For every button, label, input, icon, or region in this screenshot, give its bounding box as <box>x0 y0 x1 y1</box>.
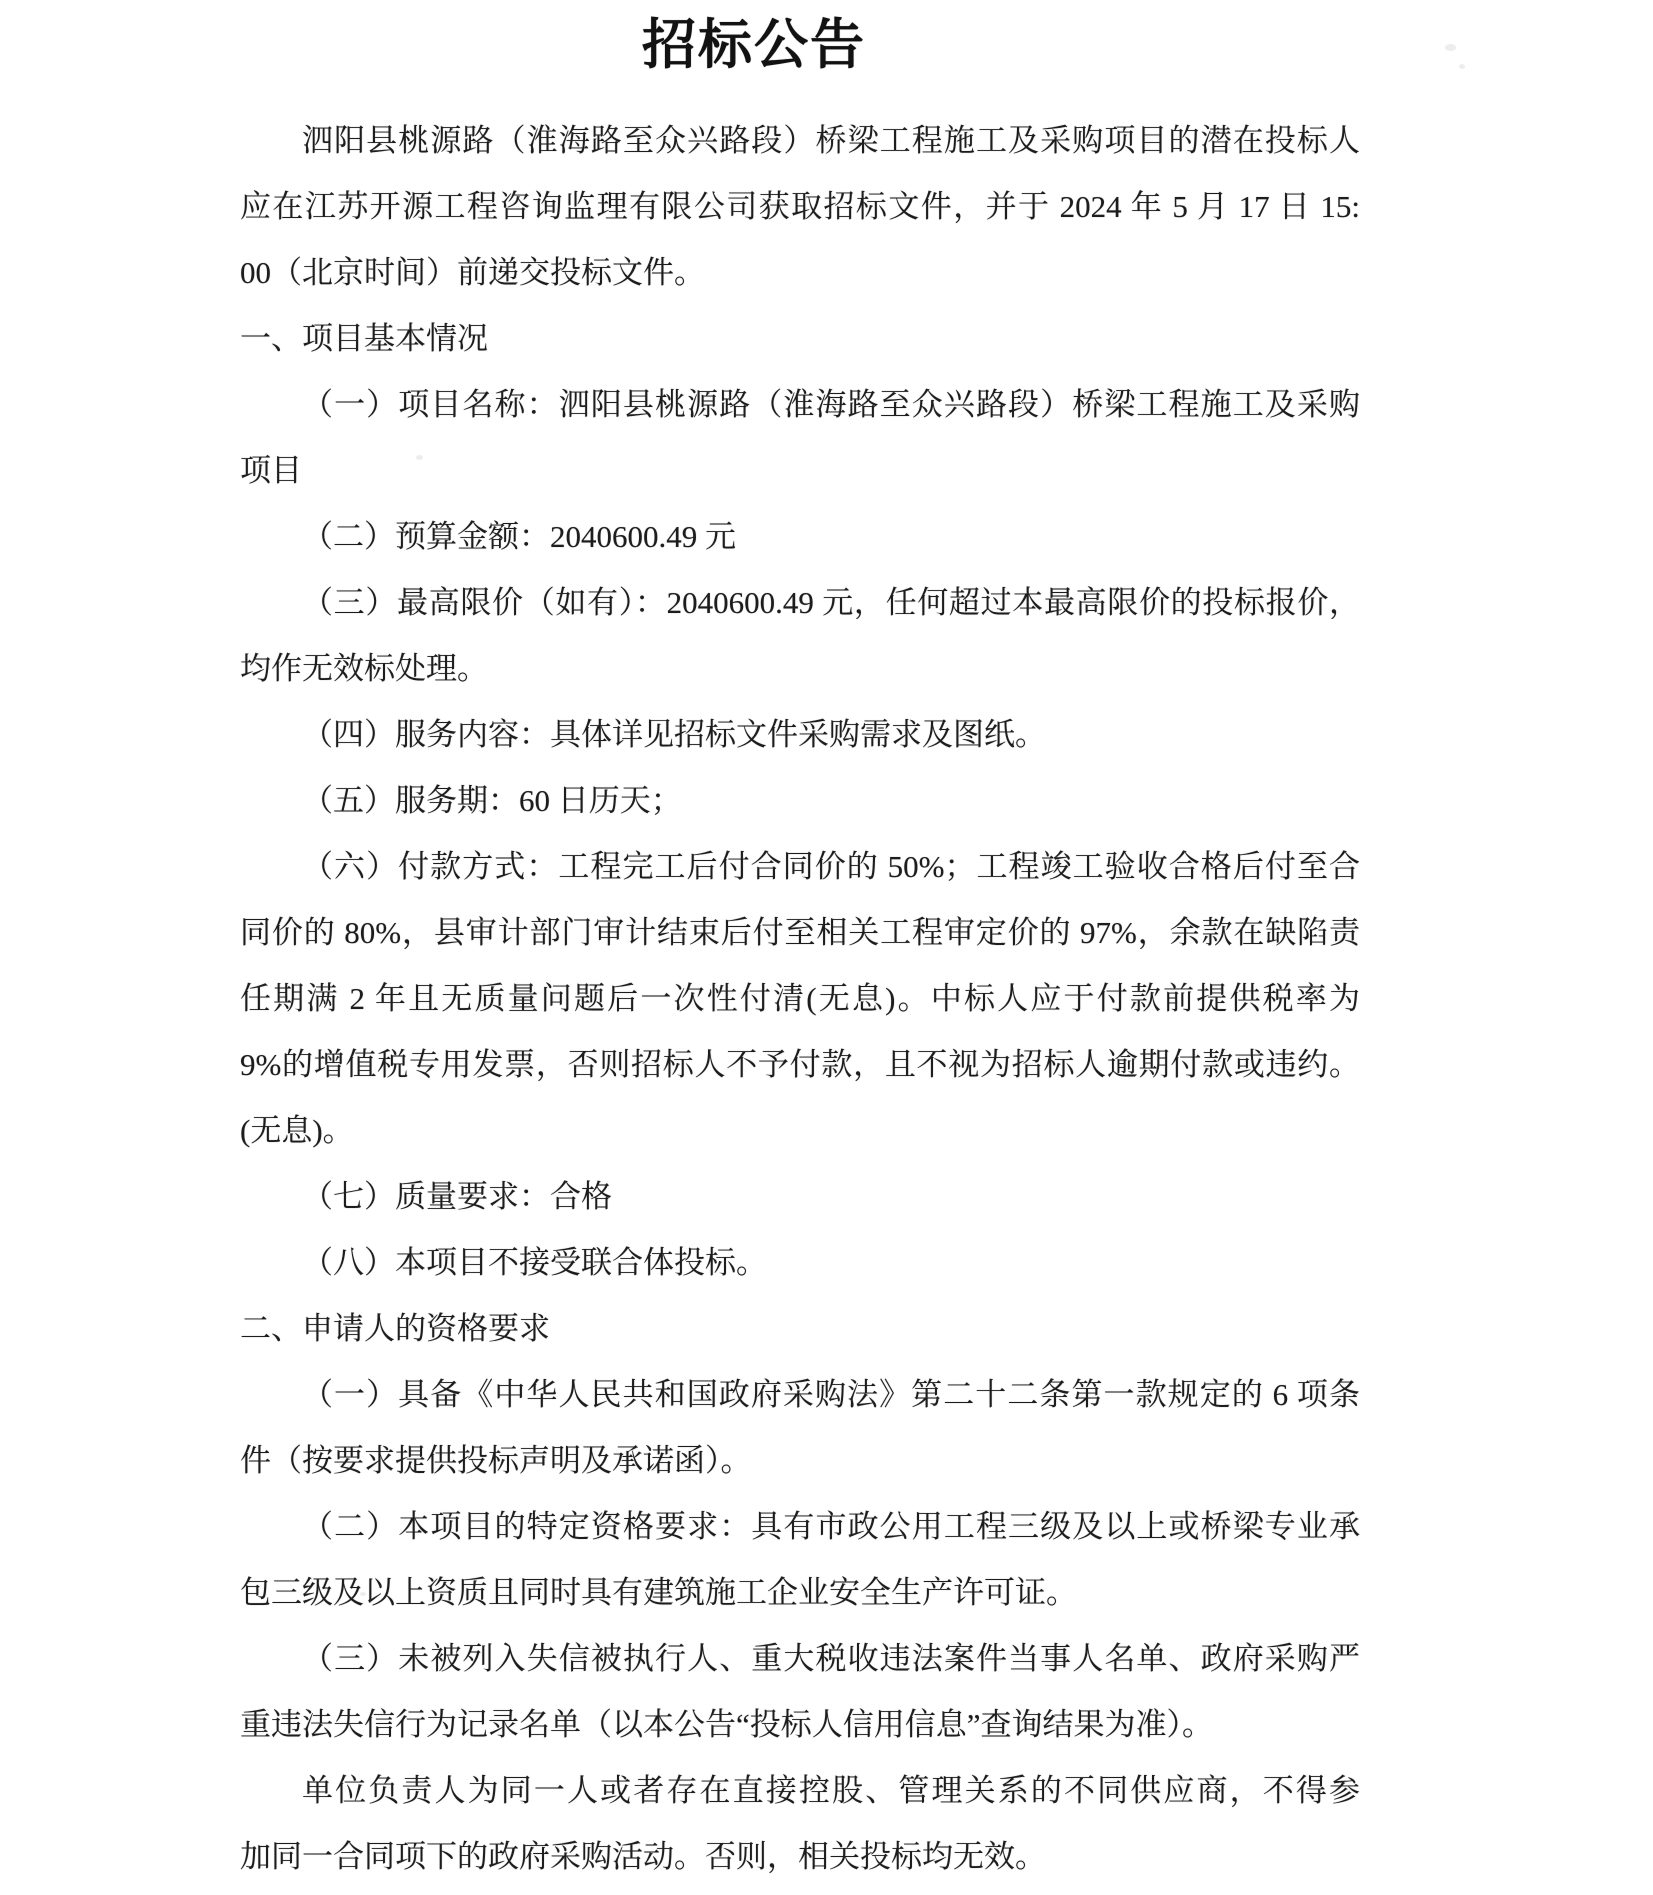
document-line: 加同一合同项下的政府采购活动。否则，相关投标均无效。 <box>240 1824 1360 1890</box>
document-body: 泗阳县桃源路（淮海路至众兴路段）桥梁工程施工及采购项目的潜在投标人应在江苏开源工… <box>240 108 1360 1890</box>
scanned-document-page: 招标公告 泗阳县桃源路（淮海路至众兴路段）桥梁工程施工及采购项目的潜在投标人应在… <box>0 0 1653 1895</box>
document-line: （二）本项目的特定资格要求：具有市政公用工程三级及以上或桥梁专业承 <box>240 1494 1360 1560</box>
document-line: 二、申请人的资格要求 <box>240 1296 1360 1362</box>
document-line: 00（北京时间）前递交投标文件。 <box>240 240 1360 306</box>
document-line: 重违法失信行为记录名单（以本公告“投标人信用信息”查询结果为准）。 <box>240 1692 1360 1758</box>
document-line: 项目 <box>240 438 1360 504</box>
document-line: （三）未被列入失信被执行人、重大税收违法案件当事人名单、政府采购严 <box>240 1626 1360 1692</box>
document-line: 一、项目基本情况 <box>240 306 1360 372</box>
document-line: （八）本项目不接受联合体投标。 <box>240 1230 1360 1296</box>
document-line: 任期满 2 年且无质量问题后一次性付清(无息)。中标人应于付款前提供税率为 <box>240 966 1360 1032</box>
document-line: （六）付款方式：工程完工后付合同价的 50%；工程竣工验收合格后付至合 <box>240 834 1360 900</box>
document-line: 单位负责人为同一人或者存在直接控股、管理关系的不同供应商，不得参 <box>240 1758 1360 1824</box>
scan-speck <box>360 1592 366 1596</box>
document-line: 包三级及以上资质且同时具有建筑施工企业安全生产许可证。 <box>240 1560 1360 1626</box>
document-line: 9%的增值税专用发票，否则招标人不予付款，且不视为招标人逾期付款或违约。 <box>240 1032 1360 1098</box>
document-line: （四）服务内容：具体详见招标文件采购需求及图纸。 <box>240 702 1360 768</box>
document-line: （三）最高限价（如有）：2040600.49 元，任何超过本最高限价的投标报价， <box>240 570 1360 636</box>
document-line: 同价的 80%，县审计部门审计结束后付至相关工程审定价的 97%，余款在缺陷责 <box>240 900 1360 966</box>
scan-speck <box>1445 44 1456 51</box>
document-line: （一）具备《中华人民共和国政府采购法》第二十二条第一款规定的 6 项条 <box>240 1362 1360 1428</box>
document-line: （五）服务期：60 日历天； <box>240 768 1360 834</box>
scan-speck <box>1459 64 1465 69</box>
document-line: （七）质量要求：合格 <box>240 1164 1360 1230</box>
document-line: （一）项目名称：泗阳县桃源路（淮海路至众兴路段）桥梁工程施工及采购 <box>240 372 1360 438</box>
document-line: 泗阳县桃源路（淮海路至众兴路段）桥梁工程施工及采购项目的潜在投标人 <box>240 108 1360 174</box>
document-line: 应在江苏开源工程咨询监理有限公司获取招标文件，并于 2024 年 5 月 17 … <box>240 174 1360 240</box>
scan-speck <box>416 455 423 460</box>
document-line: （二）预算金额：2040600.49 元 <box>240 504 1360 570</box>
document-line: 件（按要求提供投标声明及承诺函）。 <box>240 1428 1360 1494</box>
document-line: 均作无效标处理。 <box>240 636 1360 702</box>
document-title: 招标公告 <box>194 10 1314 80</box>
document-line: (无息)。 <box>240 1098 1360 1164</box>
